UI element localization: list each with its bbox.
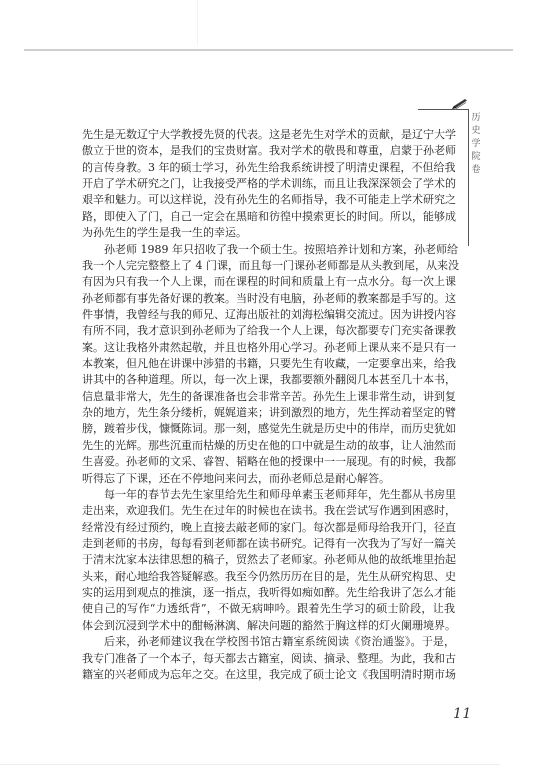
text-line: 为孙先生的学生是我一生的幸运。 (82, 225, 455, 241)
text-line: 后来，孙老师建议我在学校图书馆古籍室系统阅读《资治通鉴》。于是， (82, 634, 455, 650)
text-line: 艰辛和魅力。可以这样说，没有孙先生的名师指导，我不可能走上学术研究之 (82, 192, 455, 208)
section-label: 历史学院卷 (471, 112, 481, 177)
text-line: 开启了学术研究之门，让我接受严格的学术训练，而且让我深深领会了学术的 (82, 176, 455, 192)
text-line: 傲立于世的资本，是我们的宝贵财富。我对学术的敬畏和尊重，启蒙于孙老师 (82, 143, 455, 159)
text-line: 的言传身教。3 年的硕士学习，孙先生给我系统讲授了明清史课程，不但给我 (82, 160, 455, 176)
text-line: 路，即使入了门，自己一定会在黑暗和彷徨中摸索更长的时间。所以，能够成 (82, 209, 455, 225)
text-line: 先生的光辉。那些沉重而枯燥的历史在他的口中就是生动的故事，让人油然而 (82, 438, 455, 454)
text-line: 有因为只有我一个人上课，而在课程的时间和质量上有一点水分。每一次上课 (82, 274, 455, 290)
scan-edge-line-vertical (197, 0, 198, 46)
text-line: 先生是无数辽宁大学教授先贤的代表。这是老先生对学术的贡献，是辽宁大学 (82, 127, 455, 143)
paragraph: 先生是无数辽宁大学教授先贤的代表。这是老先生对学术的贡献，是辽宁大学 傲立于世的… (82, 127, 455, 242)
paragraph: 每一年的春节去先生家里给先生和师母单素玉老师拜年，先生都从书房里 走出来，欢迎我… (82, 487, 455, 634)
text-line: 有所不同，我才意识到孙老师为了给我一个人上课，每次都要专门充实备课教 (82, 323, 455, 339)
text-line: 听得忘了下课，还在不停地问来问去，而孙老师总是耐心解答。 (82, 471, 455, 487)
text-line: 信息量非常大，先生的备课准备也会非常辛苦。孙先生上课非常生动，讲到复 (82, 389, 455, 405)
text-line: 头来，耐心地给我答疑解惑。我至今仍然历历在目的是，先生从研究构思、史 (82, 569, 455, 585)
text-line: 生喜爱。孙老师的文采、睿智、韬略在他的授课中一一展现。有的时候，我都 (82, 454, 455, 470)
text-line: 讲其中的各种道理。所以，每一次上课，我都要额外翻阅几本甚至几十本书， (82, 372, 455, 388)
text-line: 杂的地方，先生条分缕析，娓娓道来；讲到激烈的地方，先生挥动着坚定的臂 (82, 405, 455, 421)
text-line: 实的运用到观点的推演，逐一指点，我听得如痴如醉。先生给我讲了怎么才能 (82, 585, 455, 601)
paragraph: 孙老师 1989 年只招收了我一个硕士生。按照培养计划和方案，孙老师给 我一个人… (82, 242, 455, 487)
text-line: 我专门准备了一个本子，每天都去古籍室，阅读、摘录、整理。为此，我和古 (82, 651, 455, 667)
text-line: 体会到沉浸到学术中的酣畅淋漓、解决问题的豁然于胸这样的灯火阑珊境界。 (82, 618, 455, 634)
body-text: 先生是无数辽宁大学教授先贤的代表。这是老先生对学术的贡献，是辽宁大学 傲立于世的… (82, 127, 455, 683)
text-line: 籍室的兴老师成为忘年之交。在这里，我完成了硕士论文《我国明清时期市场 (82, 667, 455, 683)
text-line: 本教案，但凡他在讲课中涉猎的书籍，只要先生有收藏，一定要拿出来，给我 (82, 356, 455, 372)
scan-edge-line-bottom (0, 764, 500, 765)
text-line: 件事情，我曾经与我的师兄、辽海出版社的刘海松编辑交流过。因为讲授内容 (82, 307, 455, 323)
text-line: 经常没有经过预约，晚上直接去敲老师的家门。每次都是师母给我开门，径直 (82, 520, 455, 536)
pen-icon (449, 96, 469, 110)
text-line: 走到老师的书房，每每看到老师都在读书研究。记得有一次我为了写好一篇关 (82, 536, 455, 552)
scan-edge-line-top (24, 49, 513, 51)
text-line: 走出来，欢迎我们。先生在过年的时候也在读书。我在尝试写作遇到困惑时， (82, 503, 455, 519)
page-number: 11 (453, 706, 472, 722)
text-line: 案。这让我格外肃然起敬，并且也格外用心学习。孙老师上课从来不是只有一 (82, 340, 455, 356)
text-line: 于清末沈家本法律思想的稿子，贸然去了老师家。孙老师从他的故纸堆里抬起 (82, 552, 455, 568)
text-line: 孙老师都有事先备好课的教案。当时没有电脑，孙老师的教案都是手写的。这 (82, 291, 455, 307)
paragraph: 后来，孙老师建议我在学校图书馆古籍室系统阅读《资治通鉴》。于是， 我专门准备了一… (82, 634, 455, 683)
text-line: 每一年的春节去先生家里给先生和师母单素玉老师拜年，先生都从书房里 (82, 487, 455, 503)
text-line: 孙老师 1989 年只招收了我一个硕士生。按照培养计划和方案，孙老师给 (82, 242, 455, 258)
text-line: 使自己的写作“力透纸背”，不做无病呻吟。跟着先生学习的硕士阶段，让我 (82, 601, 455, 617)
text-line: 我一个人完完整整上了 4 门课，而且每一门课孙老师都是从头教到尾，从来没 (82, 258, 455, 274)
margin-rule (468, 109, 469, 246)
text-line: 膀，踱着步伐，慷慨陈词。那一刻，感觉先生就是历史中的伟岸，而历史犹如 (82, 421, 455, 437)
